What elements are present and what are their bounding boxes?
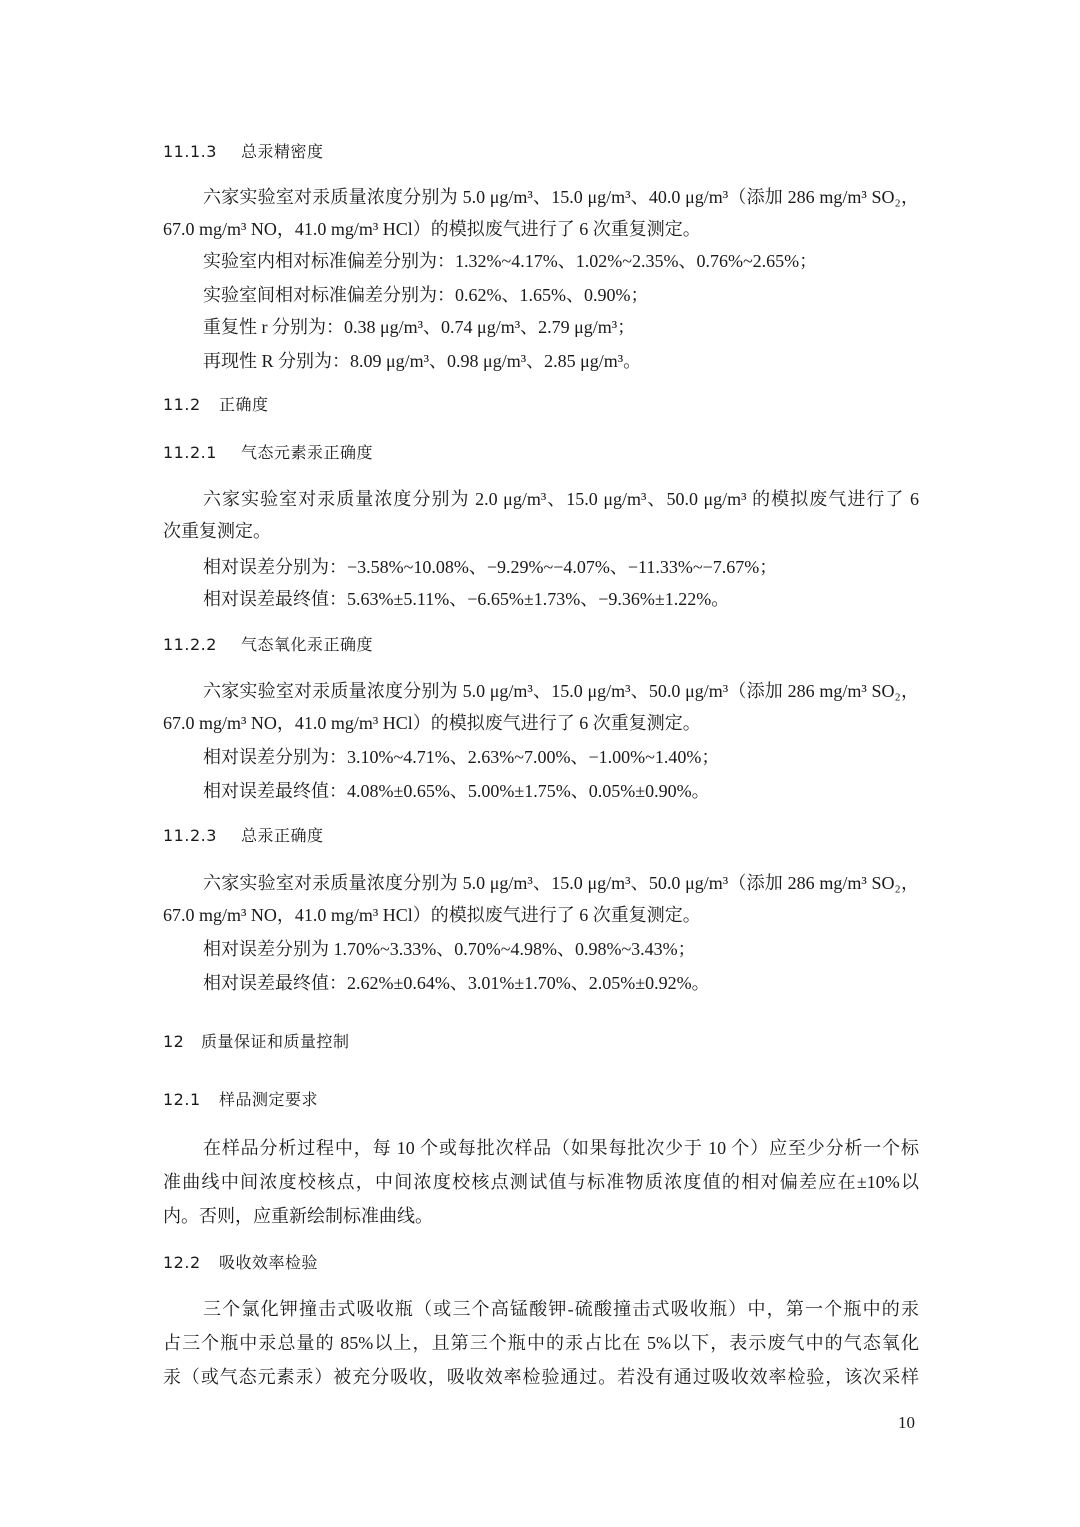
paragraph-line: 内。否则，应重新绘制标准曲线。 [163, 1204, 433, 1228]
paragraph-line: 在样品分析过程中，每 10 个或每批次样品（如果每批次少于 10 个）应至少分析… [203, 1136, 919, 1160]
heading-12: 12质量保证和质量控制 [163, 1030, 350, 1054]
paragraph-line: 67.0 mg/m³ NO，41.0 mg/m³ HCl）的模拟废气进行了 6 … [163, 903, 701, 927]
paragraph-line: 占三个瓶中汞总量的 85%以上，且第三个瓶中的汞占比在 5%以下，表示废气中的气… [163, 1331, 919, 1355]
heading-12-1: 12.1样品测定要求 [163, 1088, 318, 1112]
section-number: 12.1 [163, 1088, 219, 1112]
paragraph-line: 六家实验室对汞质量浓度分别为 5.0 μg/m³、15.0 μg/m³、50.0… [203, 871, 919, 895]
paragraph-line: 67.0 mg/m³ NO，41.0 mg/m³ HCl）的模拟废气进行了 6 … [163, 217, 701, 241]
paragraph-line: 相对误差最终值：2.62%±0.64%、3.01%±1.70%、2.05%±0.… [203, 971, 710, 995]
paragraph-line: 重复性 r 分别为：0.38 μg/m³、0.74 μg/m³、2.79 μg/… [203, 315, 635, 339]
heading-11-2: 11.2正确度 [163, 393, 269, 417]
paragraph-line: 实验室间相对标准偏差分别为：0.62%、1.65%、0.90%； [203, 283, 648, 307]
section-number: 11.2.3 [163, 824, 241, 848]
paragraph-line: 次重复测定。 [163, 519, 271, 543]
paragraph-line: 相对误差分别为：3.10%~4.71%、2.63%~7.00%、−1.00%~1… [203, 745, 719, 769]
page-number: 10 [898, 1413, 915, 1433]
section-title: 样品测定要求 [219, 1090, 318, 1109]
section-number: 11.2.2 [163, 633, 241, 657]
section-title: 正确度 [219, 395, 269, 414]
paragraph-line: 再现性 R 分别为：8.09 μg/m³、0.98 μg/m³、2.85 μg/… [203, 349, 641, 373]
section-number: 11.2.1 [163, 441, 241, 465]
paragraph-line: 三个氯化钾撞击式吸收瓶（或三个高锰酸钾-硫酸撞击式吸收瓶）中，第一个瓶中的汞 [203, 1297, 919, 1321]
section-number: 12 [163, 1030, 201, 1054]
paragraph-line: 六家实验室对汞质量浓度分别为 5.0 μg/m³、15.0 μg/m³、50.0… [203, 679, 919, 703]
section-number: 12.2 [163, 1251, 219, 1275]
heading-11-2-1: 11.2.1气态元素汞正确度 [163, 441, 373, 465]
paragraph-line: 六家实验室对汞质量浓度分别为 2.0 μg/m³、15.0 μg/m³、50.0… [203, 487, 919, 511]
heading-11-1-3: 11.1.3总汞精密度 [163, 140, 324, 164]
paragraph-line: 六家实验室对汞质量浓度分别为 5.0 μg/m³、15.0 μg/m³、40.0… [203, 185, 919, 209]
heading-11-2-2: 11.2.2气态氧化汞正确度 [163, 633, 373, 657]
paragraph-line: 相对误差分别为：−3.58%~10.08%、−9.29%~−4.07%、−11.… [203, 555, 777, 579]
paragraph-line: 实验室内相对标准偏差分别为：1.32%~4.17%、1.02%~2.35%、0.… [203, 249, 817, 273]
heading-12-2: 12.2吸收效率检验 [163, 1251, 318, 1275]
paragraph-line: 汞（或气态元素汞）被充分吸收，吸收效率检验通过。若没有通过吸收效率检验，该次采样 [163, 1365, 919, 1389]
section-title: 质量保证和质量控制 [201, 1032, 350, 1051]
paragraph-line: 67.0 mg/m³ NO，41.0 mg/m³ HCl）的模拟废气进行了 6 … [163, 711, 701, 735]
section-number: 11.1.3 [163, 140, 241, 164]
heading-11-2-3: 11.2.3总汞正确度 [163, 824, 324, 848]
section-title: 气态氧化汞正确度 [241, 635, 373, 654]
paragraph-line: 相对误差最终值：4.08%±0.65%、5.00%±1.75%、0.05%±0.… [203, 779, 710, 803]
paragraph-line: 相对误差分别为 1.70%~3.33%、0.70%~4.98%、0.98%~3.… [203, 937, 696, 961]
paragraph-line: 相对误差最终值：5.63%±5.11%、−6.65%±1.73%、−9.36%±… [203, 587, 729, 611]
section-title: 吸收效率检验 [219, 1253, 318, 1272]
section-title: 气态元素汞正确度 [241, 443, 373, 462]
section-title: 总汞正确度 [241, 826, 324, 845]
section-title: 总汞精密度 [241, 142, 324, 161]
document-page: 11.1.3总汞精密度 六家实验室对汞质量浓度分别为 5.0 μg/m³、15.… [0, 0, 1080, 1527]
paragraph-line: 准曲线中间浓度校核点，中间浓度校核点测试值与标准物质浓度值的相对偏差应在±10%… [163, 1170, 919, 1194]
section-number: 11.2 [163, 393, 219, 417]
